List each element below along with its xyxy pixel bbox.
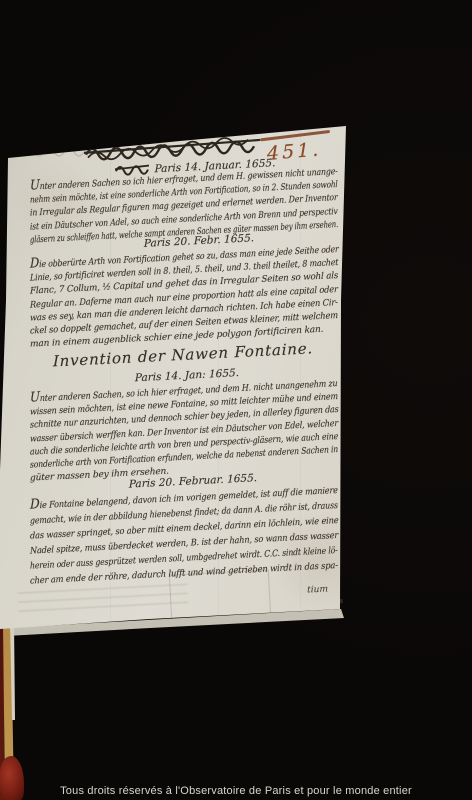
copyright-caption: Tous droits réservés à l'Observatoire de… (0, 785, 472, 797)
section-2-paragraph: Die obberürte Arth von Fortification geh… (30, 242, 338, 352)
manuscript-page: 451. Paris 14. Januar. 1655. Unter ander… (0, 0, 472, 800)
catchword: tium (307, 584, 328, 595)
manuscript-text: 451. Paris 14. Januar. 1655. Unter ander… (22, 124, 344, 640)
section-4-paragraph: Die Fontaine belangend, davon ich im vor… (30, 482, 338, 590)
scan-viewport: 451. Paris 14. Januar. 1655. Unter ander… (0, 0, 472, 800)
